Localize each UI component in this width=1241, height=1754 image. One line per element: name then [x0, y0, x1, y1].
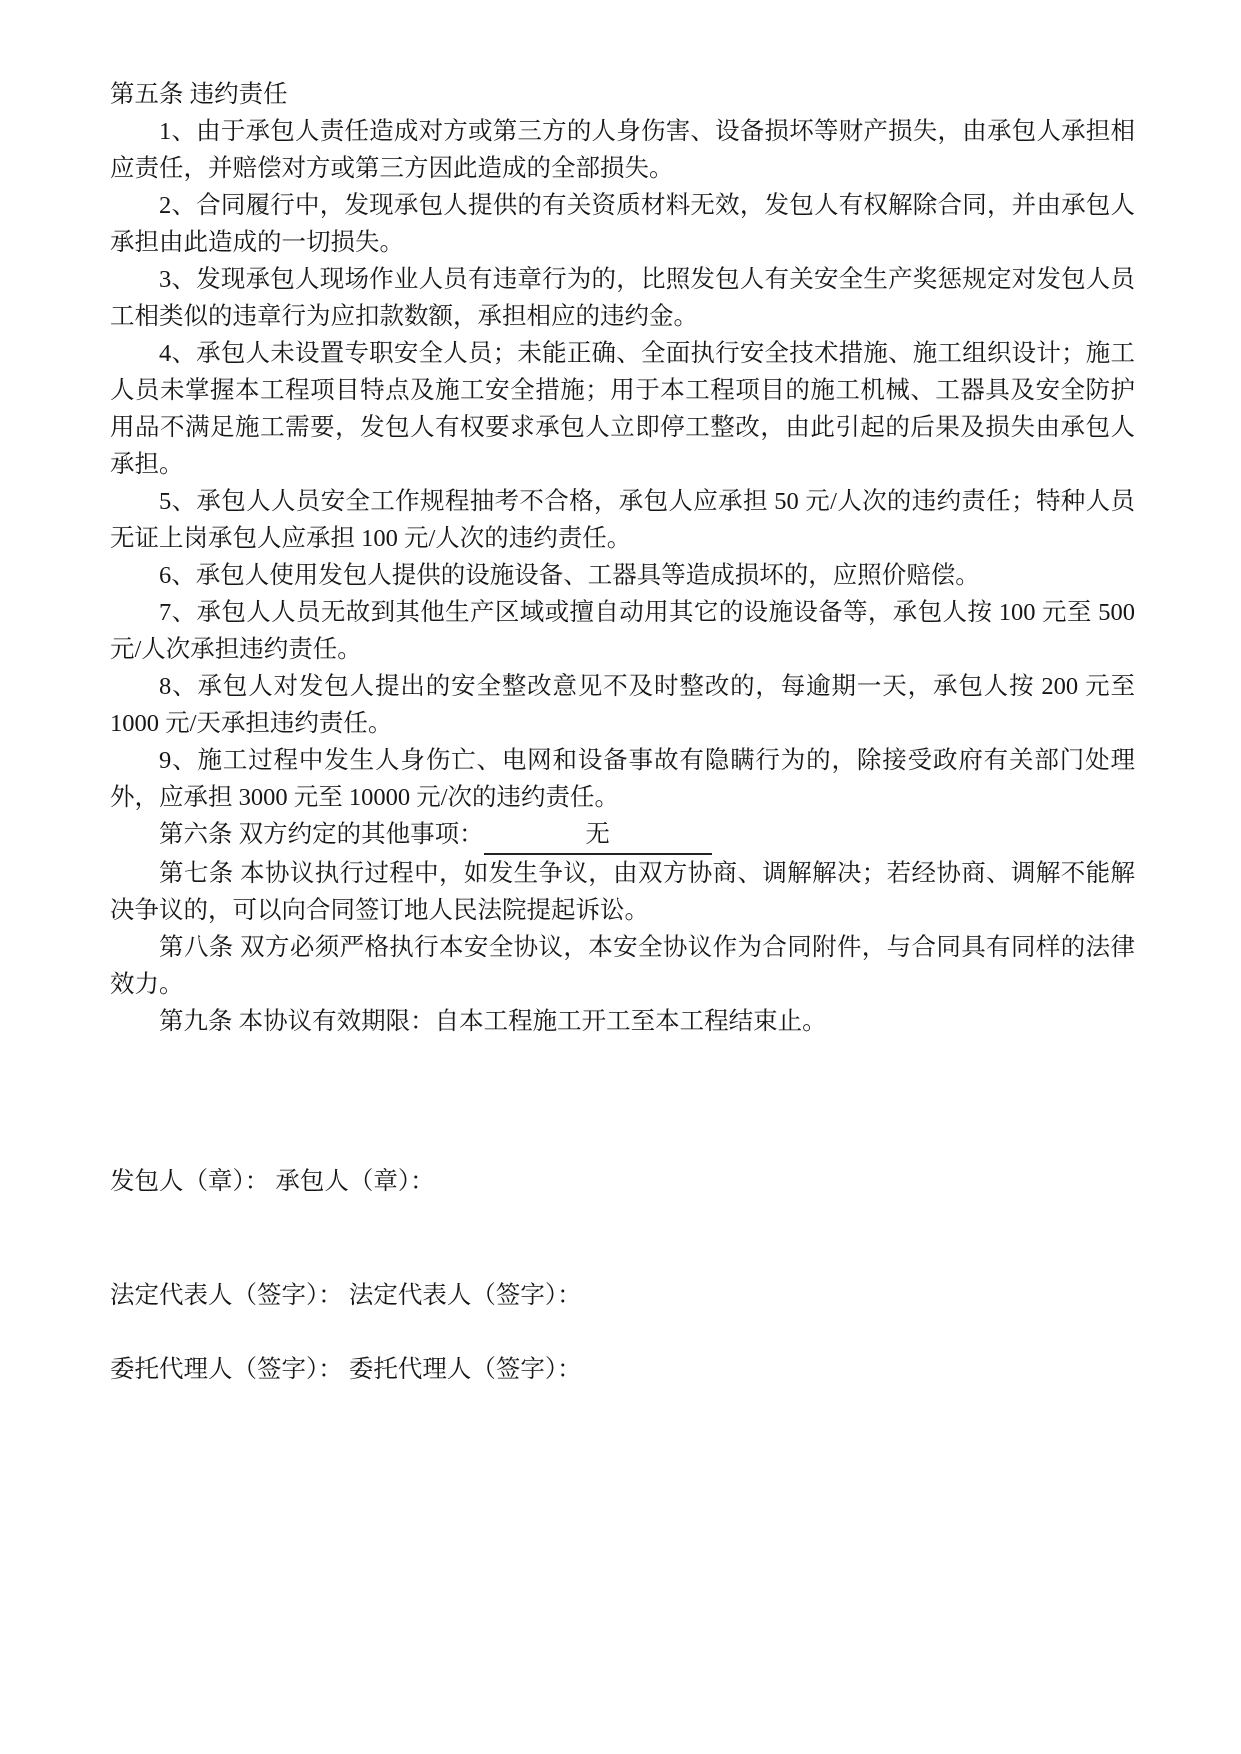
clause5-item-1: 1、由于承包人责任造成对方或第三方的人身伤害、设备损坏等财产损失，由承包人承担相…	[110, 113, 1135, 187]
clause5-item-3: 3、发现承包人现场作业人员有违章行为的，比照发包人有关安全生产奖惩规定对发包人员…	[110, 261, 1135, 335]
clause5-item-4: 4、承包人未设置专职安全人员；未能正确、全面执行安全技术措施、施工组织设计；施工…	[110, 335, 1135, 483]
clause5-item-5: 5、承包人人员安全工作规程抽考不合格，承包人应承担 50 元/人次的违约责任；特…	[110, 483, 1135, 557]
clause5-item-7: 7、承包人人员无故到其他生产区域或擅自动用其它的设施设备等，承包人按 100 元…	[110, 594, 1135, 668]
legal-representative-signature-line: 法定代表人（签字）： 法定代表人（签字）：	[110, 1277, 1135, 1314]
clause8-paragraph: 第八条 双方必须严格执行本安全协议，本安全协议作为合同附件，与合同具有同样的法律…	[110, 929, 1135, 1003]
contract-document-page: 第五条 违约责任 1、由于承包人责任造成对方或第三方的人身伤害、设备损坏等财产损…	[0, 0, 1241, 1754]
entrusted-agent-signature-line: 委托代理人（签字）： 委托代理人（签字）：	[110, 1351, 1135, 1388]
clause5-item-2: 2、合同履行中，发现承包人提供的有关资质材料无效，发包人有权解除合同，并由承包人…	[110, 187, 1135, 261]
clause5-item-6: 6、承包人使用发包人提供的设施设备、工器具等造成损坏的，应照价赔偿。	[110, 557, 1135, 594]
clause5-heading: 第五条 违约责任	[110, 76, 1135, 113]
clause5-item-9: 9、施工过程中发生人身伤亡、电网和设备事故有隐瞒行为的，除接受政府有关部门处理外…	[110, 742, 1135, 816]
clause6-blank-underline: 无	[484, 816, 712, 855]
clause7-paragraph: 第七条 本协议执行过程中，如发生争议，由双方协商、调解解决；若经协商、调解不能解…	[110, 855, 1135, 929]
clause6-label: 第六条 双方约定的其他事项：	[159, 821, 484, 848]
clause6-blank-value: 无	[585, 821, 610, 848]
clause9-paragraph: 第九条 本协议有效期限：自本工程施工开工至本工程结束止。	[110, 1003, 1135, 1040]
clause5-item-8: 8、承包人对发包人提出的安全整改意见不及时整改的，每逾期一天，承包人按 200 …	[110, 668, 1135, 742]
clause6-line: 第六条 双方约定的其他事项：无	[110, 816, 1135, 855]
seal-signature-line: 发包人（章）： 承包人（章）：	[110, 1163, 1135, 1200]
